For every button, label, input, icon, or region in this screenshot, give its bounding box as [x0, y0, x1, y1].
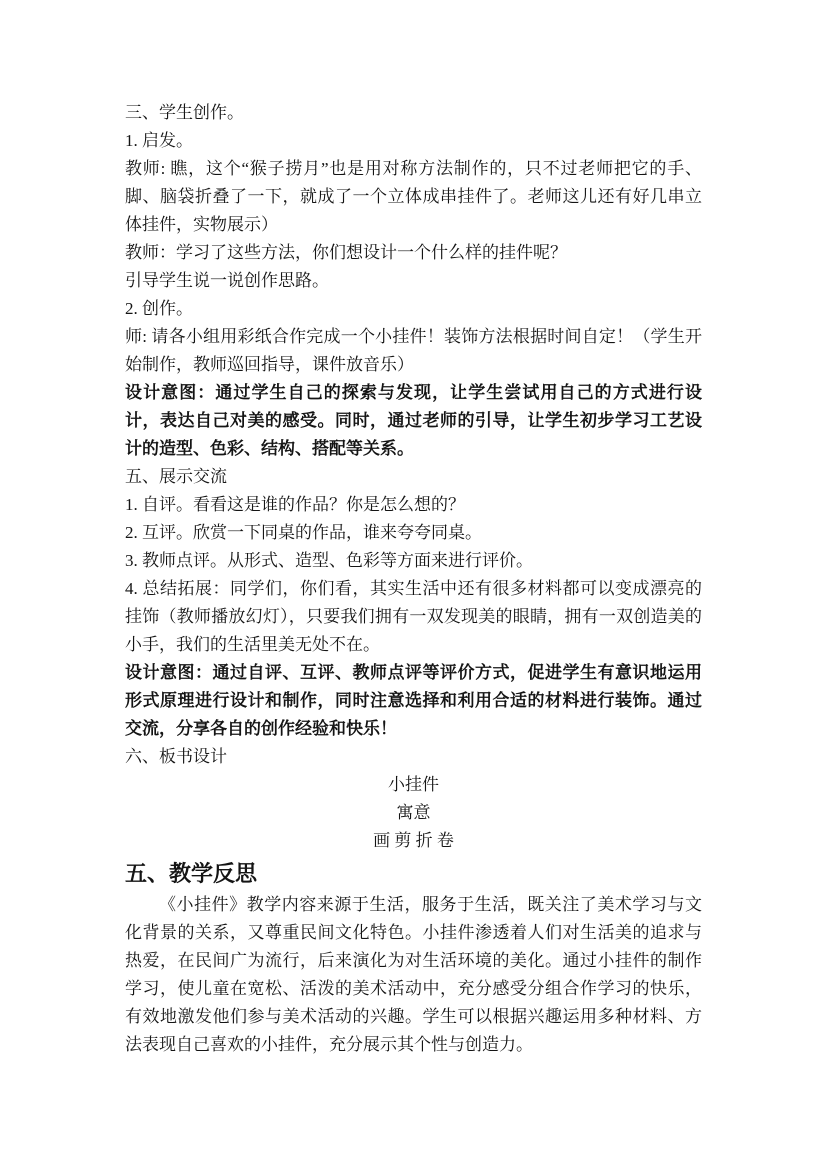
- teacher-question: 教师：学习了这些方法，你们想设计一个什么样的挂件呢？: [125, 239, 702, 267]
- step-1-inspire: 1. 启发。: [125, 127, 702, 155]
- teaching-reflection-heading: 五、教学反思: [125, 855, 702, 891]
- board-line-meaning: 寓意: [125, 799, 702, 827]
- guide-students-note: 引导学生说一说创作思路。: [125, 267, 702, 295]
- eval-self: 1. 自评。看看这是谁的作品？你是怎么想的？: [125, 491, 702, 519]
- step-2-create: 2. 创作。: [125, 295, 702, 323]
- teacher-group-instruction: 师: 请各小组用彩纸合作完成一个小挂件！装饰方法根据时间自定！（学生开始制作，教…: [125, 323, 702, 379]
- document-page: 三、学生创作。 1. 启发。 教师: 瞧，这个“猴子捞月”也是用对称方法制作的，…: [0, 0, 827, 1170]
- design-intent-2: 设计意图：通过自评、互评、教师点评等评价方式，促进学生有意识地运用形式原理进行设…: [125, 659, 702, 743]
- teacher-monologue-monkey: 教师: 瞧，这个“猴子捞月”也是用对称方法制作的，只不过老师把它的手、脚、脑袋折…: [125, 155, 702, 239]
- board-line-methods: 画 剪 折 卷: [125, 827, 702, 855]
- section-title-five-display-exchange: 五、展示交流: [125, 463, 702, 491]
- eval-teacher-comment: 3. 教师点评。从形式、造型、色彩等方面来进行评价。: [125, 547, 702, 575]
- design-intent-1: 设计意图：通过学生自己的探索与发现，让学生尝试用自己的方式进行设计，表达自己对美…: [125, 379, 702, 463]
- section-title-three-student-creation: 三、学生创作。: [125, 99, 702, 127]
- summary-extension: 4. 总结拓展：同学们，你们看，其实生活中还有很多材料都可以变成漂亮的挂饰（教师…: [125, 575, 702, 659]
- teaching-reflection-paragraph: 《小挂件》教学内容来源于生活，服务于生活，既关注了美术学习与文化背景的关系，又尊…: [125, 891, 702, 1059]
- eval-peer: 2. 互评。欣赏一下同桌的作品，谁来夸夸同桌。: [125, 519, 702, 547]
- section-title-six-board-design: 六、板书设计: [125, 743, 702, 771]
- board-line-title: 小挂件: [125, 771, 702, 799]
